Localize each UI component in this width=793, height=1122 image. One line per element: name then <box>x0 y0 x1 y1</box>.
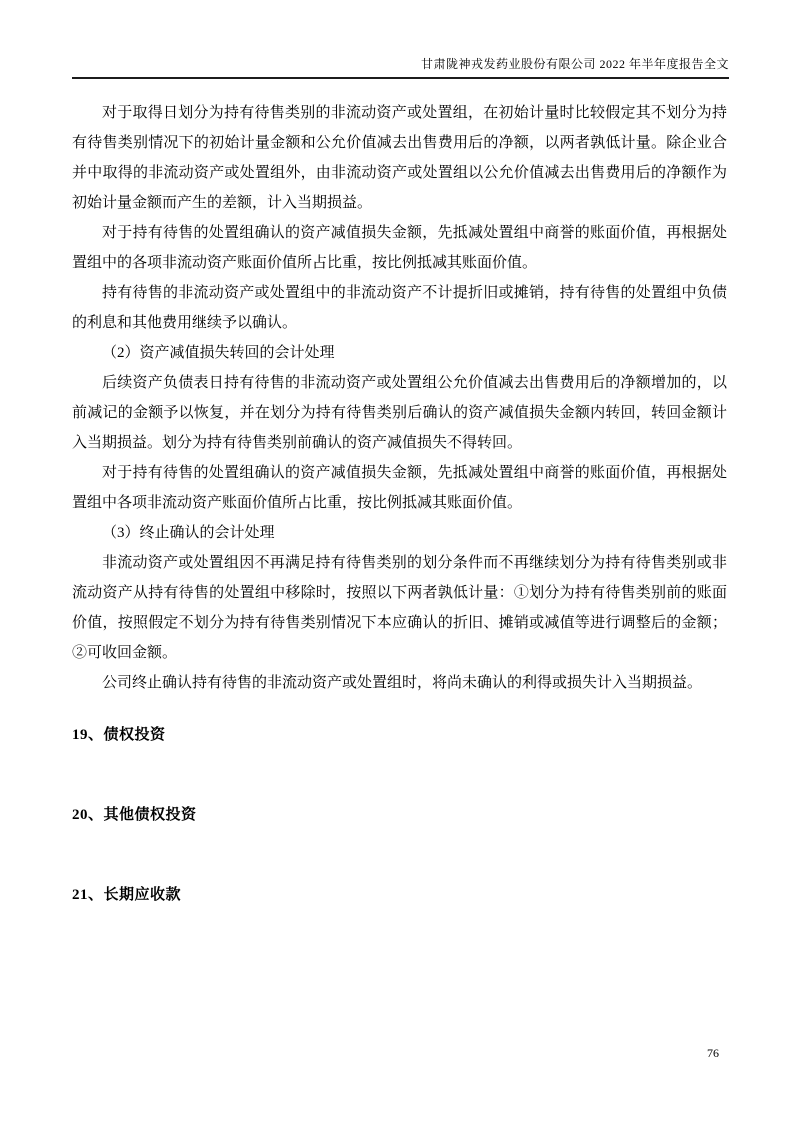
paragraph-derecognition-gain-loss: 公司终止确认持有待售的非流动资产或处置组时，将尚未确认的利得或损失计入当期损益。 <box>72 668 727 698</box>
paragraph-initial-measurement: 对于取得日划分为持有待售类别的非流动资产或处置组，在初始计量时比较假定其不划分为… <box>72 98 727 218</box>
subheading-impairment-reversal: （2）资产减值损失转回的会计处理 <box>72 338 727 368</box>
subheading-derecognition: （3）终止确认的会计处理 <box>72 518 727 548</box>
paragraph-subsequent-balance-sheet: 后续资产负债表日持有待售的非流动资产或处置组公允价值减去出售费用后的净额增加的，… <box>72 368 727 458</box>
header-title: 甘肃陇神戎发药业股份有限公司 2022 年半年度报告全文 <box>421 57 729 71</box>
document-page: 甘肃陇神戎发药业股份有限公司 2022 年半年度报告全文 对于取得日划分为持有待… <box>0 0 793 1122</box>
paragraph-reclassification-measurement: 非流动资产或处置组因不再满足持有待售类别的划分条件而不再继续划分为持有待售类别或… <box>72 548 727 668</box>
paragraph-impairment-allocation: 对于持有待售的处置组确认的资产减值损失金额，先抵减处置组中商誉的账面价值，再根据… <box>72 218 727 278</box>
page-footer: 76 <box>707 1046 719 1060</box>
paragraph-impairment-allocation-2: 对于持有待售的处置组确认的资产减值损失金额，先抵减处置组中商誉的账面价值，再根据… <box>72 458 727 518</box>
page-header: 甘肃陇神戎发药业股份有限公司 2022 年半年度报告全文 <box>72 0 729 79</box>
document-body: 对于取得日划分为持有待售类别的非流动资产或处置组，在初始计量时比较假定其不划分为… <box>72 81 727 910</box>
paragraph-no-depreciation: 持有待售的非流动资产或处置组中的非流动资产不计提折旧或摊销，持有待售的处置组中负… <box>72 278 727 338</box>
section-heading-19-debt-investment: 19、债权投资 <box>72 720 727 750</box>
page-number: 76 <box>707 1046 719 1060</box>
section-heading-20-other-debt-investment: 20、其他债权投资 <box>72 800 727 830</box>
section-heading-21-long-term-receivables: 21、长期应收款 <box>72 880 727 910</box>
